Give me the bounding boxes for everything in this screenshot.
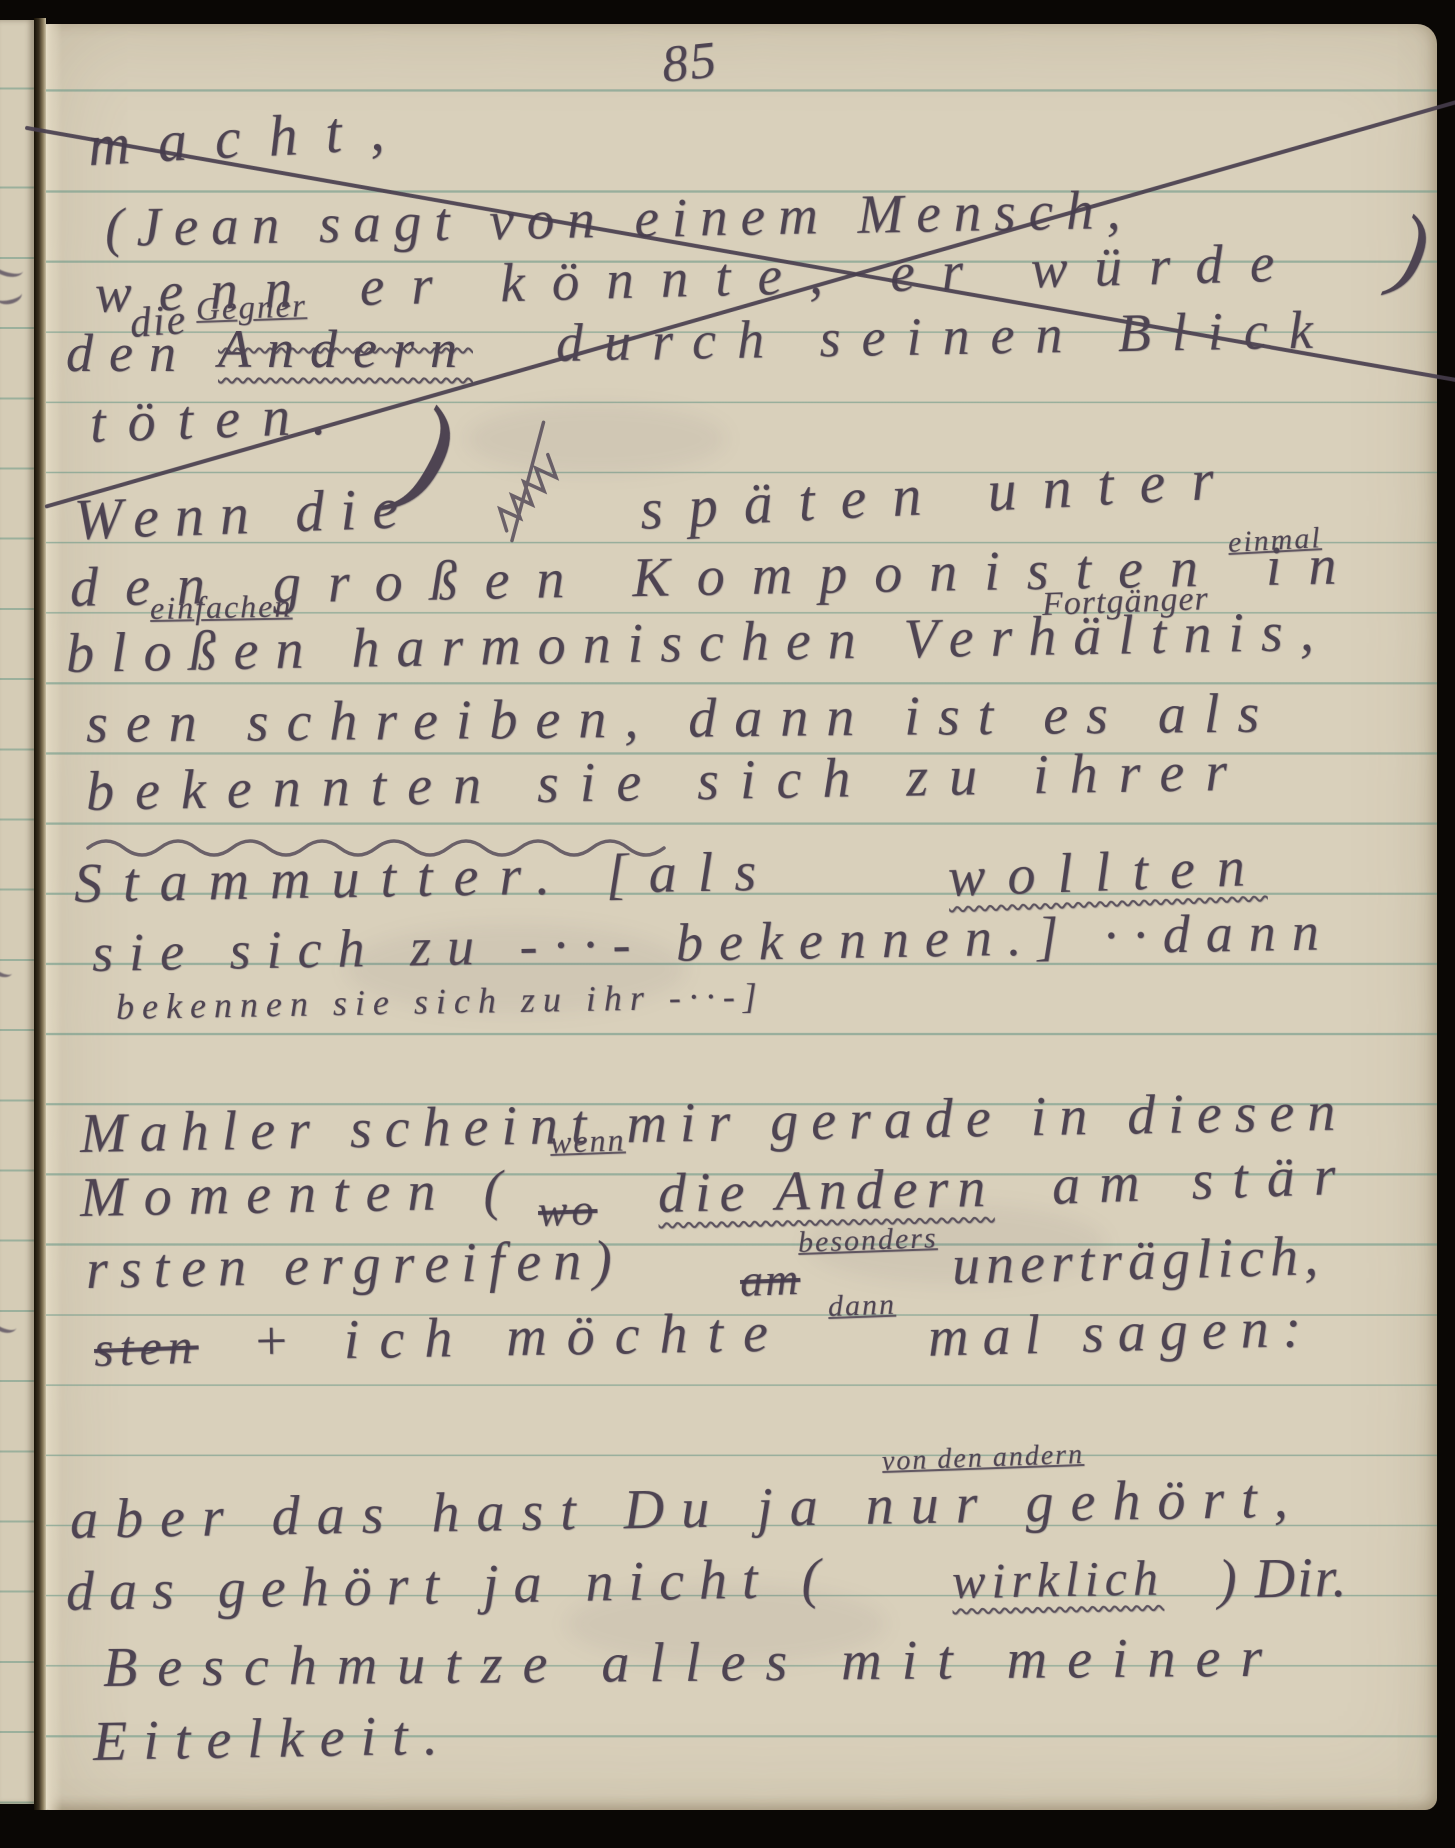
inserted-word-einmal: einmal	[1227, 521, 1322, 560]
handwriting-line-17a: + ich möchte	[251, 1301, 788, 1374]
handwriting-line-12: sie sich zu -··- bekennen.] ··dann	[91, 900, 1335, 984]
photo-backdrop: 85 macht, (Jean sagt von einem Mensch, )…	[0, 0, 1455, 1848]
handwriting-line-13: bekennen sie sich zu ihr -··-]	[116, 975, 766, 1028]
inserted-word-besonders: besonders	[797, 1221, 938, 1260]
scribbled-out-word	[471, 414, 589, 547]
handwriting-line-15a: Momenten (	[79, 1158, 519, 1230]
handwriting-line-17b: mal sagen:	[927, 1296, 1316, 1370]
struck-word-am: am	[739, 1252, 801, 1307]
handwriting-line-6b: späten unter	[638, 445, 1241, 543]
handwriting-line-21: Eitelkeit.	[92, 1704, 454, 1774]
struck-word-andern: Andern	[218, 318, 473, 380]
handwriting-line-15c: am stär	[1051, 1143, 1356, 1218]
handwriting-line-4c: durch seinen Blick	[555, 298, 1334, 374]
handwriting-line-18: aber das hast Du ja nur gehört,	[69, 1466, 1305, 1552]
handwriting-line-4a: den	[66, 322, 192, 384]
handwriting-line-5: töten.	[89, 383, 349, 456]
handwriting-line-20: Beschmutze alles mit meiner	[103, 1626, 1283, 1700]
inserted-word-dann: dann	[827, 1288, 896, 1324]
handwriting-line-19b: wirklich	[951, 1548, 1164, 1610]
handwriting-line-11b: wollten	[947, 835, 1268, 910]
handwriting-line-6a: Wenn die	[73, 474, 415, 553]
handwriting-line-16b: unerträglich,	[951, 1224, 1325, 1298]
handwriting-line-19c: ) Dir.	[1217, 1546, 1348, 1612]
handwriting-line-19a: das gehört ja nicht (	[65, 1547, 835, 1624]
handwriting-line-16a: rsten ergreifen)	[85, 1229, 624, 1302]
handwriting-line-15b: die Andern	[657, 1156, 994, 1226]
struck-word-sten: sten	[93, 1316, 200, 1378]
handwriting-layer: 85 macht, (Jean sagt von einem Mensch, )…	[0, 0, 1455, 1848]
inserted-word-wenn: wenn	[549, 1121, 626, 1161]
handwriting-line-11a: Stammutter. [als	[73, 840, 777, 916]
page-number: 85	[659, 30, 721, 95]
